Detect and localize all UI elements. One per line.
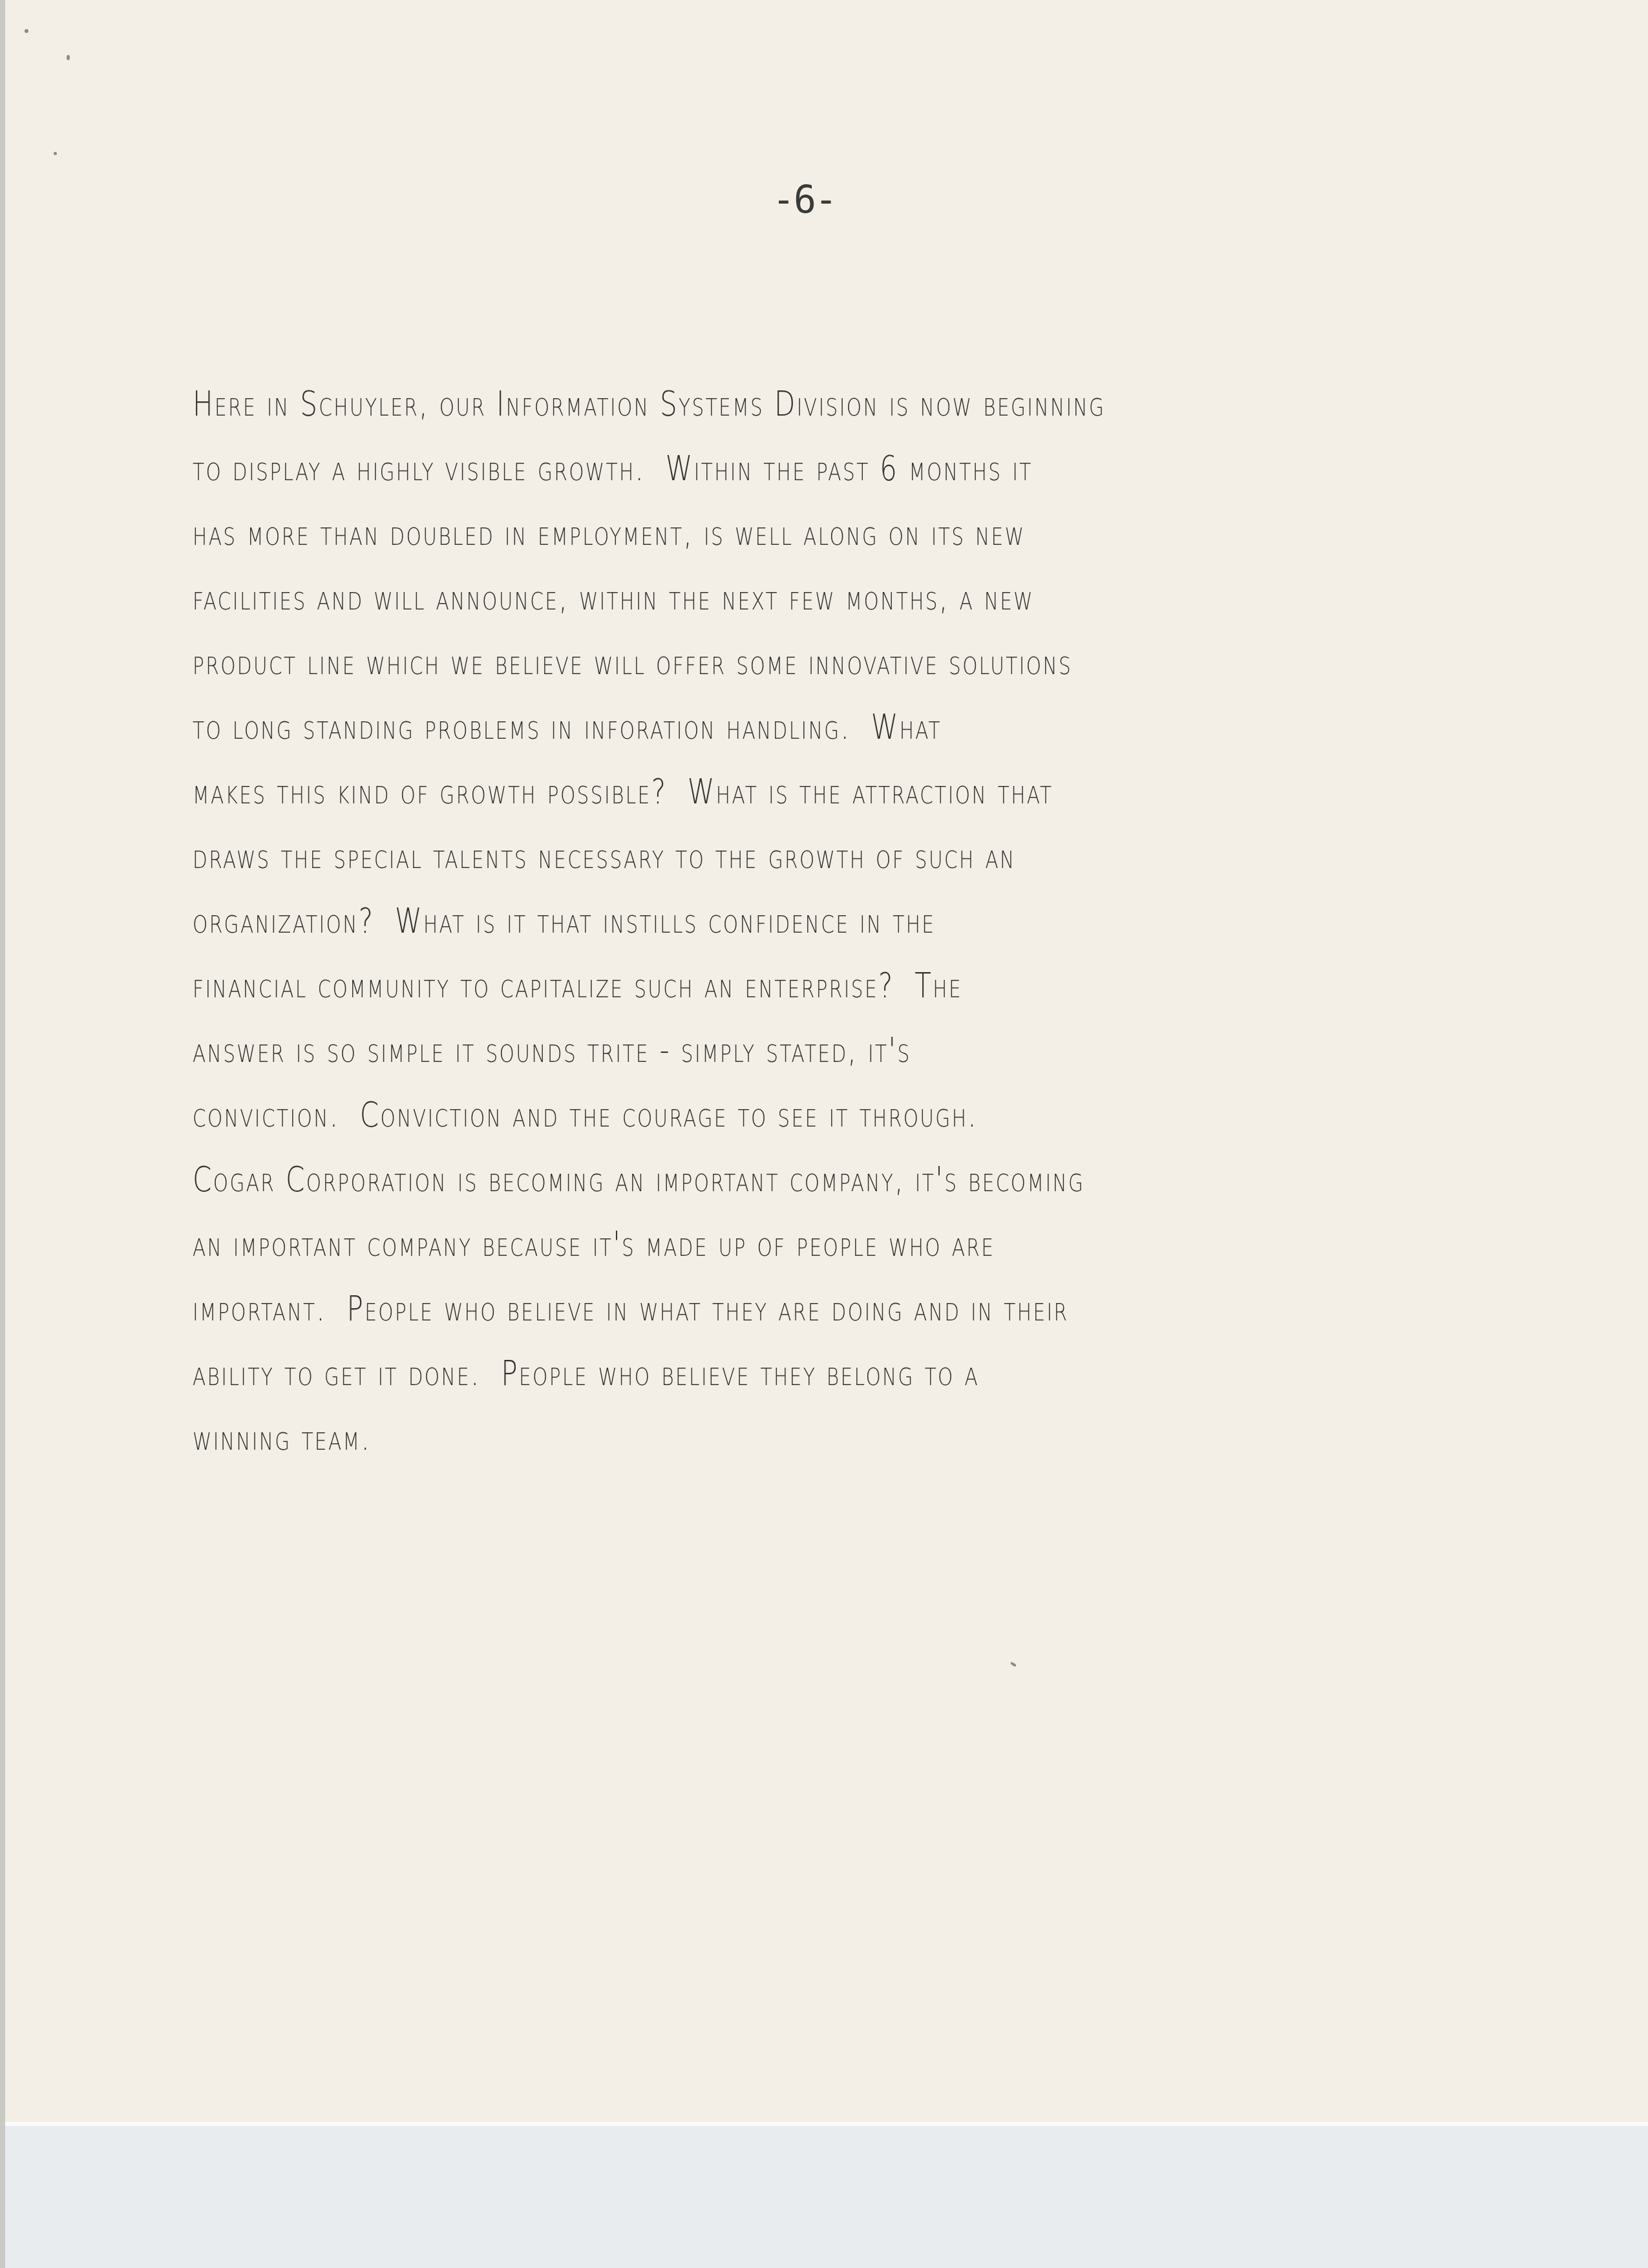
text-line: answer is so simple it sounds trite - si… — [193, 1018, 1276, 1083]
paper-bottom-edge — [5, 2122, 1648, 2126]
paper-speck — [54, 152, 57, 155]
text-line: to display a highly visible growth. With… — [193, 436, 1276, 501]
text-line: to long standing problems in inforation … — [193, 695, 1276, 759]
text-line: facilities and will announce, within the… — [193, 566, 1276, 630]
text-line: Here in Schuyler, our Information System… — [193, 372, 1276, 436]
text-line: conviction. Conviction and the courage t… — [193, 1083, 1276, 1147]
text-line: financial community to capitalize such a… — [193, 953, 1276, 1018]
text-line: Cogar Corporation is becoming an importa… — [193, 1147, 1276, 1212]
text-line: has more than doubled in employment, is … — [193, 501, 1276, 566]
text-line: makes this kind of growth possible? What… — [193, 759, 1276, 824]
body-paragraph: Here in Schuyler, our Information System… — [193, 372, 1582, 1470]
paper-speck — [25, 29, 28, 33]
scan-edge — [0, 0, 5, 2268]
text-line: product line which we believe will offer… — [193, 630, 1276, 695]
paper-speck — [67, 55, 70, 60]
text-line: draws the special talents necessary to t… — [193, 824, 1276, 889]
text-line: ability to get it done. People who belie… — [193, 1341, 1276, 1406]
text-line: winning team. — [193, 1406, 1276, 1470]
paper-speck — [1010, 1661, 1017, 1667]
text-line: important. People who believe in what th… — [193, 1277, 1276, 1341]
text-line: an important company because it's made u… — [193, 1212, 1276, 1277]
text-line: organization? What is it that instills c… — [193, 889, 1276, 953]
page-number: -6- — [772, 178, 836, 222]
